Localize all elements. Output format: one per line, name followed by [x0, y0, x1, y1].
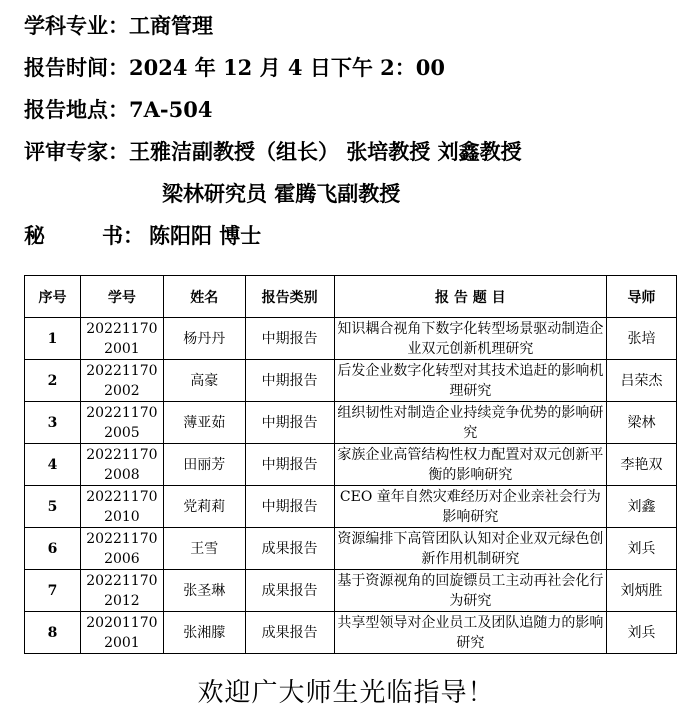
cell-title: 共享型领导对企业员工及团队追随力的影响研究 — [334, 612, 607, 654]
cell-index: 6 — [25, 528, 81, 570]
cell-index: 3 — [25, 402, 81, 444]
table-row: 2 202211702002 高豪 中期报告 后发企业数字化转型对其技术追赶的影… — [25, 360, 677, 402]
cell-name: 杨丹丹 — [163, 318, 245, 360]
cell-student-id: 202211702002 — [80, 360, 163, 402]
cell-advisor: 梁林 — [607, 402, 677, 444]
info-secretary: 秘书：陈阳阳 博士 — [24, 220, 261, 250]
cell-type: 中期报告 — [245, 318, 334, 360]
cell-advisor: 吕荣杰 — [607, 360, 677, 402]
cell-index: 4 — [25, 444, 81, 486]
cell-student-id: 202211702010 — [80, 486, 163, 528]
table-row: 1 202211702001 杨丹丹 中期报告 知识耦合视角下数字化转型场景驱动… — [25, 318, 677, 360]
cell-index: 2 — [25, 360, 81, 402]
experts-label: 评审专家： — [24, 139, 129, 164]
header-report-title: 报 告 题 目 — [334, 276, 607, 318]
cell-student-id: 202011702001 — [80, 612, 163, 654]
cell-title: 资源编排下高管团队认知对企业双元绿色创新作用机制研究 — [334, 528, 607, 570]
time-label: 报告时间： — [24, 55, 129, 80]
cell-title: 组织韧性对制造企业持续竞争优势的影响研究 — [334, 402, 607, 444]
cell-student-id: 202211702001 — [80, 318, 163, 360]
cell-name: 高豪 — [163, 360, 245, 402]
cell-name: 张湘朦 — [163, 612, 245, 654]
cell-title: 知识耦合视角下数字化转型场景驱动制造企业双元创新机理研究 — [334, 318, 607, 360]
info-experts-cont: 梁林研究员 霍腾飞副教授 — [162, 178, 400, 208]
report-table: 序号 学号 姓名 报告类别 报 告 题 目 导师 1 202211702001 … — [24, 275, 677, 654]
table-header-row: 序号 学号 姓名 报告类别 报 告 题 目 导师 — [25, 276, 677, 318]
cell-advisor: 刘兵 — [607, 528, 677, 570]
cell-type: 成果报告 — [245, 570, 334, 612]
header-index: 序号 — [25, 276, 81, 318]
info-experts: 评审专家：王雅洁副教授（组长） 张培教授 刘鑫教授 — [24, 136, 522, 166]
cell-type: 中期报告 — [245, 402, 334, 444]
cell-advisor: 李艳双 — [607, 444, 677, 486]
cell-index: 1 — [25, 318, 81, 360]
cell-name: 田丽芳 — [163, 444, 245, 486]
major-label: 学科专业： — [24, 13, 129, 38]
cell-student-id: 202211702005 — [80, 402, 163, 444]
location-value: 7A-504 — [129, 97, 212, 122]
cell-name: 党莉莉 — [163, 486, 245, 528]
major-value: 工商管理 — [129, 13, 213, 38]
cell-type: 成果报告 — [245, 528, 334, 570]
cell-title: 后发企业数字化转型对其技术追赶的影响机理研究 — [334, 360, 607, 402]
info-time: 报告时间：2024 年 12 月 4 日下午 2：00 — [24, 52, 445, 82]
time-value: 2024 年 12 月 4 日下午 2：00 — [129, 55, 445, 80]
welcome-message: 欢迎广大师生光临指导！ — [0, 672, 692, 709]
cell-index: 5 — [25, 486, 81, 528]
experts-line2: 梁林研究员 霍腾飞副教授 — [162, 181, 400, 206]
secretary-value: 陈阳阳 博士 — [149, 223, 261, 248]
table-row: 3 202211702005 薄亚茹 中期报告 组织韧性对制造企业持续竞争优势的… — [25, 402, 677, 444]
cell-student-id: 202211702008 — [80, 444, 163, 486]
cell-name: 张圣琳 — [163, 570, 245, 612]
cell-title: 基于资源视角的回旋镖员工主动再社会化行为研究 — [334, 570, 607, 612]
table-row: 7 202211702012 张圣琳 成果报告 基于资源视角的回旋镖员工主动再社… — [25, 570, 677, 612]
header-advisor: 导师 — [607, 276, 677, 318]
info-location: 报告地点：7A-504 — [24, 94, 212, 124]
table-row: 5 202211702010 党莉莉 中期报告 CEO 童年自然灾难经历对企业亲… — [25, 486, 677, 528]
cell-index: 8 — [25, 612, 81, 654]
experts-line1: 王雅洁副教授（组长） 张培教授 刘鑫教授 — [129, 139, 522, 164]
secretary-label-a: 秘 — [24, 220, 102, 250]
info-major: 学科专业：工商管理 — [24, 10, 213, 40]
cell-type: 中期报告 — [245, 360, 334, 402]
cell-advisor: 张培 — [607, 318, 677, 360]
cell-name: 薄亚茹 — [163, 402, 245, 444]
table-row: 4 202211702008 田丽芳 中期报告 家族企业高管结构性权力配置对双元… — [25, 444, 677, 486]
cell-advisor: 刘炳胜 — [607, 570, 677, 612]
cell-advisor: 刘兵 — [607, 612, 677, 654]
cell-type: 成果报告 — [245, 612, 334, 654]
header-student-id: 学号 — [80, 276, 163, 318]
header-name: 姓名 — [163, 276, 245, 318]
table-row: 6 202211702006 王雪 成果报告 资源编排下高管团队认知对企业双元绿… — [25, 528, 677, 570]
cell-student-id: 202211702006 — [80, 528, 163, 570]
location-label: 报告地点： — [24, 97, 129, 122]
cell-title: 家族企业高管结构性权力配置对双元创新平衡的影响研究 — [334, 444, 607, 486]
cell-index: 7 — [25, 570, 81, 612]
cell-advisor: 刘鑫 — [607, 486, 677, 528]
secretary-label-b: 书： — [102, 223, 144, 248]
cell-type: 中期报告 — [245, 444, 334, 486]
cell-name: 王雪 — [163, 528, 245, 570]
table-row: 8 202011702001 张湘朦 成果报告 共享型领导对企业员工及团队追随力… — [25, 612, 677, 654]
header-report-type: 报告类别 — [245, 276, 334, 318]
cell-type: 中期报告 — [245, 486, 334, 528]
cell-student-id: 202211702012 — [80, 570, 163, 612]
cell-title: CEO 童年自然灾难经历对企业亲社会行为影响研究 — [334, 486, 607, 528]
